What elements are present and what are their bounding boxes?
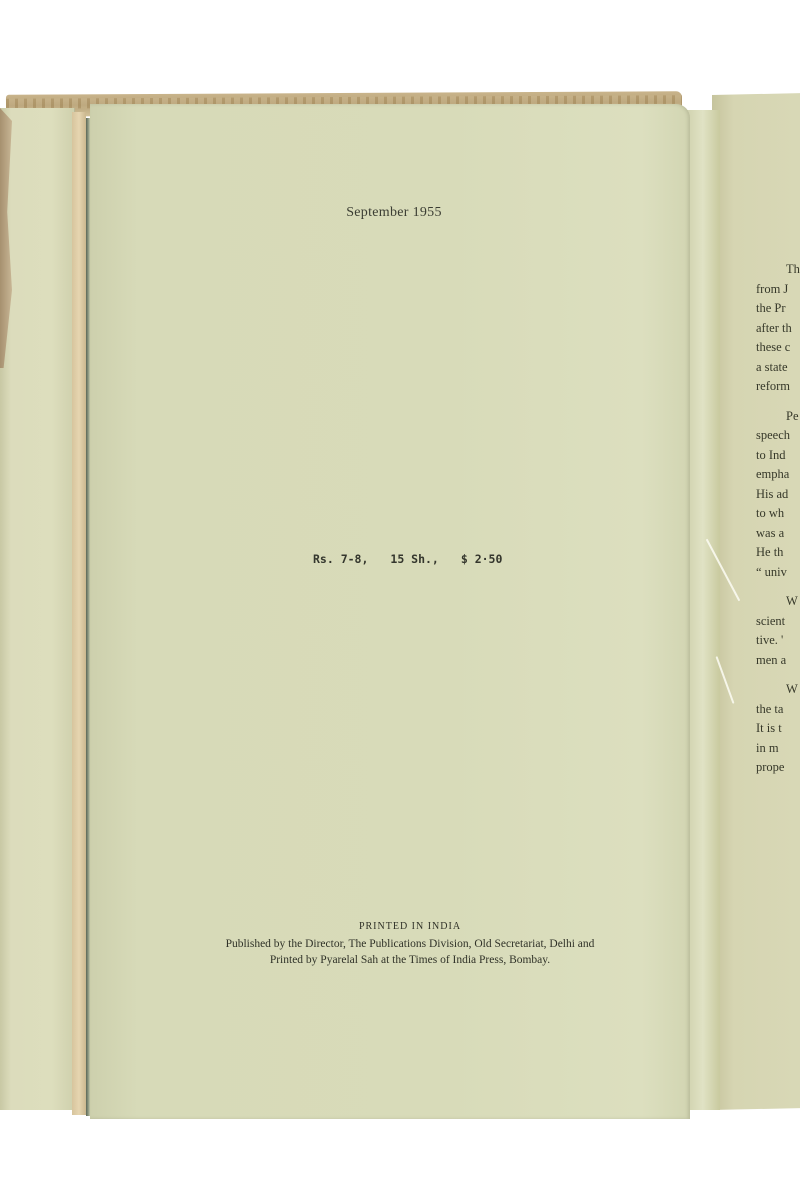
facing-line: scient xyxy=(756,612,800,632)
imprint-line: Printed by Pyarelal Sah at the Times of … xyxy=(150,952,670,968)
facing-line: to wh xyxy=(756,504,800,524)
facing-line: in m xyxy=(756,739,800,759)
facing-line: speech xyxy=(756,426,800,446)
facing-paragraph: Wscienttive. 'men a xyxy=(756,592,800,670)
book-spine-strip xyxy=(72,112,86,1115)
facing-line: W xyxy=(756,680,800,700)
facing-line: a state xyxy=(756,358,800,378)
book-left-cover xyxy=(0,108,75,1110)
facing-line: the Pr xyxy=(756,299,800,319)
facing-line: Th xyxy=(756,260,800,280)
facing-line: men a xyxy=(756,651,800,671)
price-dollars: $ 2·50 xyxy=(461,552,503,566)
facing-line: tive. ' xyxy=(756,631,800,651)
facing-line: after th xyxy=(756,319,800,339)
imprint-block: PRINTED IN INDIA Published by the Direct… xyxy=(150,921,670,968)
price-shillings: 15 Sh., xyxy=(390,552,438,566)
facing-line: W xyxy=(756,592,800,612)
price-rupees: Rs. 7-8, xyxy=(313,552,368,566)
imprint-line: Published by the Director, The Publicati… xyxy=(150,936,670,952)
facing-line: empha xyxy=(756,465,800,485)
facing-line: He th xyxy=(756,543,800,563)
facing-paragraph: Wthe taIt is tin mprope xyxy=(756,680,800,778)
facing-line: His ad xyxy=(756,485,800,505)
facing-line: to Ind xyxy=(756,446,800,466)
page-fold xyxy=(686,110,720,1110)
facing-line: the ta xyxy=(756,700,800,720)
facing-line: Pe xyxy=(756,407,800,427)
facing-line: reform xyxy=(756,377,800,397)
facing-paragraph: Thfrom Jthe Prafter ththese ca staterefo… xyxy=(756,260,800,397)
facing-paragraph: Pespeechto IndemphaHis adto whwas aHe th… xyxy=(756,407,800,583)
facing-line: It is t xyxy=(756,719,800,739)
facing-line: was a xyxy=(756,524,800,544)
facing-line: prope xyxy=(756,758,800,778)
price-line: Rs. 7-8, 15 Sh., $ 2·50 xyxy=(313,552,502,566)
facing-line: these c xyxy=(756,338,800,358)
facing-line: “ univ xyxy=(756,563,800,583)
facing-page-text: Thfrom Jthe Prafter ththese ca staterefo… xyxy=(756,260,800,788)
publication-date: September 1955 xyxy=(0,205,788,221)
imprint-heading: PRINTED IN INDIA xyxy=(150,921,670,932)
facing-line: from J xyxy=(756,280,800,300)
